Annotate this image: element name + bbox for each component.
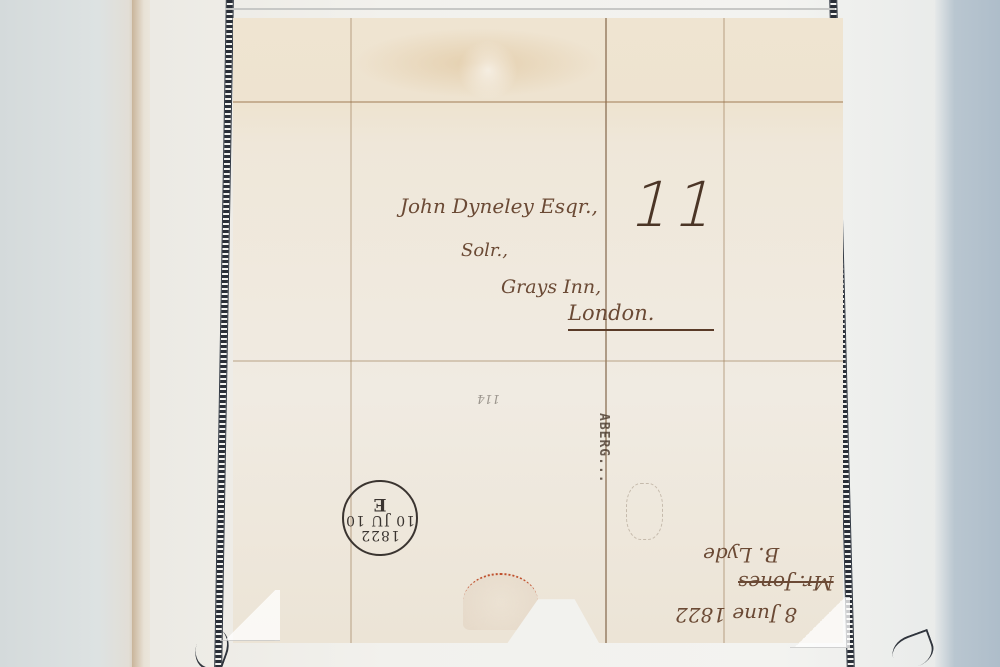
postage-rate-mark: 11: [624, 168, 729, 241]
receiving-stamp: ABERG...: [596, 413, 611, 484]
postal-letter: John Dyneley Esqr., Solr., Grays Inn, Lo…: [233, 18, 843, 643]
datestamp-date: 10 JU 10: [345, 512, 415, 527]
album-left-page: [0, 0, 140, 667]
docket-recipient: Mr. Jones: [738, 571, 834, 595]
fold-line: [350, 18, 352, 643]
address-city: London.: [568, 301, 714, 331]
faint-handstamp: [626, 483, 663, 540]
docket-date: 8 June 1822: [675, 603, 797, 627]
page-edge-line: [225, 8, 835, 10]
datestamp-year: 1822: [360, 527, 400, 542]
background-surface: [935, 0, 1000, 667]
fold-line: [233, 360, 843, 362]
address-title: Solr.,: [461, 240, 508, 261]
address-place: Grays Inn,: [501, 276, 601, 298]
pencil-note: 114: [477, 392, 500, 406]
datestamp-letter: E: [374, 494, 387, 512]
photo-corner-mount: [790, 597, 850, 648]
address-name: John Dyneley Esqr.,: [400, 194, 598, 218]
seal-ghost-mark: [458, 40, 518, 100]
fold-line: [233, 101, 843, 103]
circular-datestamp: 1822 10 JU 10 E: [342, 480, 418, 556]
docket-sender: B. Lyde: [703, 543, 779, 567]
photo-corner-mount: [220, 590, 280, 641]
